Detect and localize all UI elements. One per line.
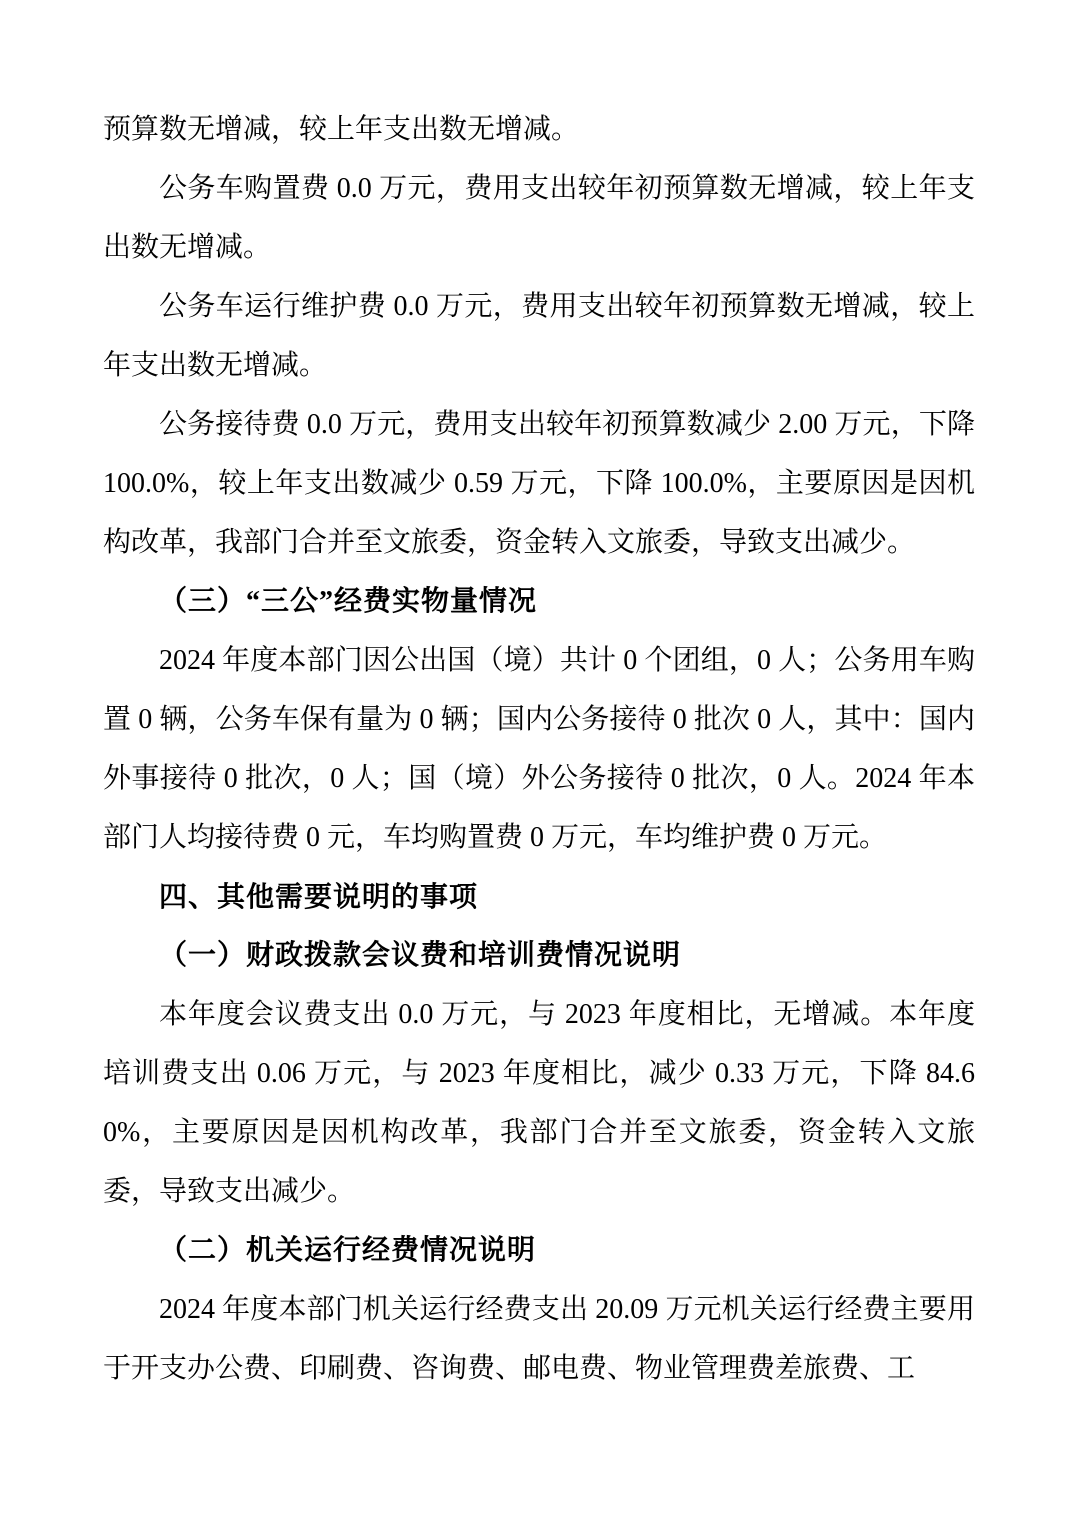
paragraph-three-public-no-change: 预算数无增减，较上年支出数无增减。	[103, 100, 975, 159]
heading-agency-operation-fund: （二）机关运行经费情况说明	[103, 1221, 975, 1280]
heading-meeting-training-fee: （一）财政拨款会议费和培训费情况说明	[103, 926, 975, 985]
heading-other-matters: 四、其他需要说明的事项	[103, 867, 975, 926]
document-content: 预算数无增减，较上年支出数无增减。 公务车购置费 0.0 万元，费用支出较年初预…	[0, 0, 1074, 1398]
paragraph-official-reception-fee: 公务接待费 0.0 万元，费用支出较年初预算数减少 2.00 万元，下降 100…	[103, 395, 975, 572]
paragraph-vehicle-purchase-fee: 公务车购置费 0.0 万元，费用支出较年初预算数无增减，较上年支出数无增减。	[103, 159, 975, 277]
paragraph-vehicle-maintenance-fee: 公务车运行维护费 0.0 万元，费用支出较年初预算数无增减，较上年支出数无增减。	[103, 277, 975, 395]
document-page: 预算数无增减，较上年支出数无增减。 公务车购置费 0.0 万元，费用支出较年初预…	[0, 0, 1074, 1520]
heading-three-public-physical-quantity: （三）“三公”经费实物量情况	[103, 572, 975, 631]
paragraph-physical-quantity-details: 2024 年度本部门因公出国（境）共计 0 个团组，0 人；公务用车购置 0 辆…	[103, 631, 975, 867]
paragraph-meeting-training-fee-details: 本年度会议费支出 0.0 万元，与 2023 年度相比，无增减。本年度培训费支出…	[103, 985, 975, 1221]
paragraph-agency-operation-fund-details: 2024 年度本部门机关运行经费支出 20.09 万元机关运行经费主要用于开支办…	[103, 1280, 975, 1398]
